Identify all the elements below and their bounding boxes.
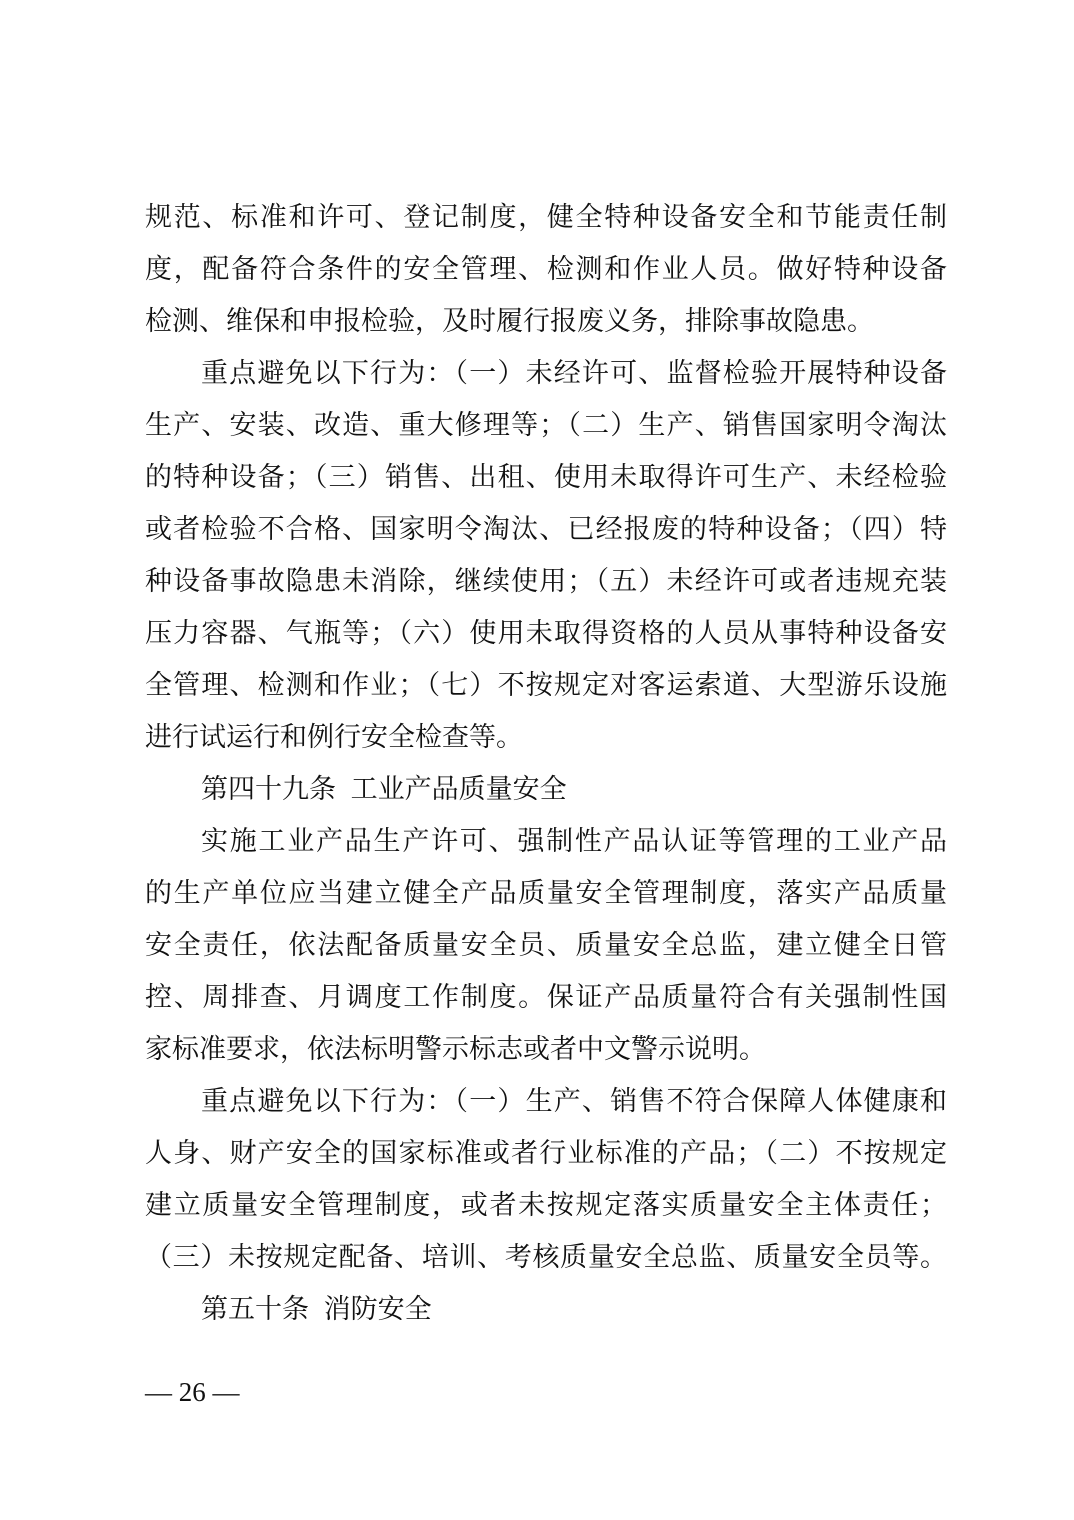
page-number: — 26 — [145,1372,240,1412]
text-line: 压力容器、气瓶等；（六）使用未取得资格的人员从事特种设备安 [145,608,947,660]
document-page: 规范、标准和许可、登记制度，健全特种设备安全和节能责任制度，配备符合条件的安全管… [0,0,1074,1520]
text-line: 建立质量安全管理制度，或者未按规定落实质量安全主体责任； [145,1180,947,1232]
article-heading: 第四十九条 工业产品质量安全 [201,764,947,816]
text-line: 度，配备符合条件的安全管理、检测和作业人员。做好特种设备 [145,244,947,296]
text-line: 家标准要求，依法标明警示标志或者中文警示说明。 [145,1024,947,1076]
text-line: 安全责任，依法配备质量安全员、质量安全总监，建立健全日管 [145,920,947,972]
article-heading: 第五十条 消防安全 [201,1284,947,1336]
text-line: （三）未按规定配备、培训、考核质量安全总监、质量安全员等。 [145,1232,947,1284]
text-line: 生产、安装、改造、重大修理等；（二）生产、销售国家明令淘汰 [145,400,947,452]
text-line: 检测、维保和申报检验，及时履行报废义务，排除事故隐患。 [145,296,947,348]
text-line: 人身、财产安全的国家标准或者行业标准的产品；（二）不按规定 [145,1128,947,1180]
text-line: 的特种设备；（三）销售、出租、使用未取得许可生产、未经检验 [145,452,947,504]
text-line: 或者检验不合格、国家明令淘汰、已经报废的特种设备；（四）特 [145,504,947,556]
text-line: 重点避免以下行为：（一）生产、销售不符合保障人体健康和 [201,1076,947,1128]
text-line: 种设备事故隐患未消除，继续使用；（五）未经许可或者违规充装 [145,556,947,608]
text-line: 控、周排查、月调度工作制度。保证产品质量符合有关强制性国 [145,972,947,1024]
text-line: 的生产单位应当建立健全产品质量安全管理制度，落实产品质量 [145,868,947,920]
text-line: 全管理、检测和作业；（七）不按规定对客运索道、大型游乐设施 [145,660,947,712]
text-line: 规范、标准和许可、登记制度，健全特种设备安全和节能责任制 [145,192,947,244]
text-line: 实施工业产品生产许可、强制性产品认证等管理的工业产品 [201,816,947,868]
text-line: 进行试运行和例行安全检查等。 [145,712,947,764]
text-line: 重点避免以下行为：（一）未经许可、监督检验开展特种设备 [201,348,947,400]
